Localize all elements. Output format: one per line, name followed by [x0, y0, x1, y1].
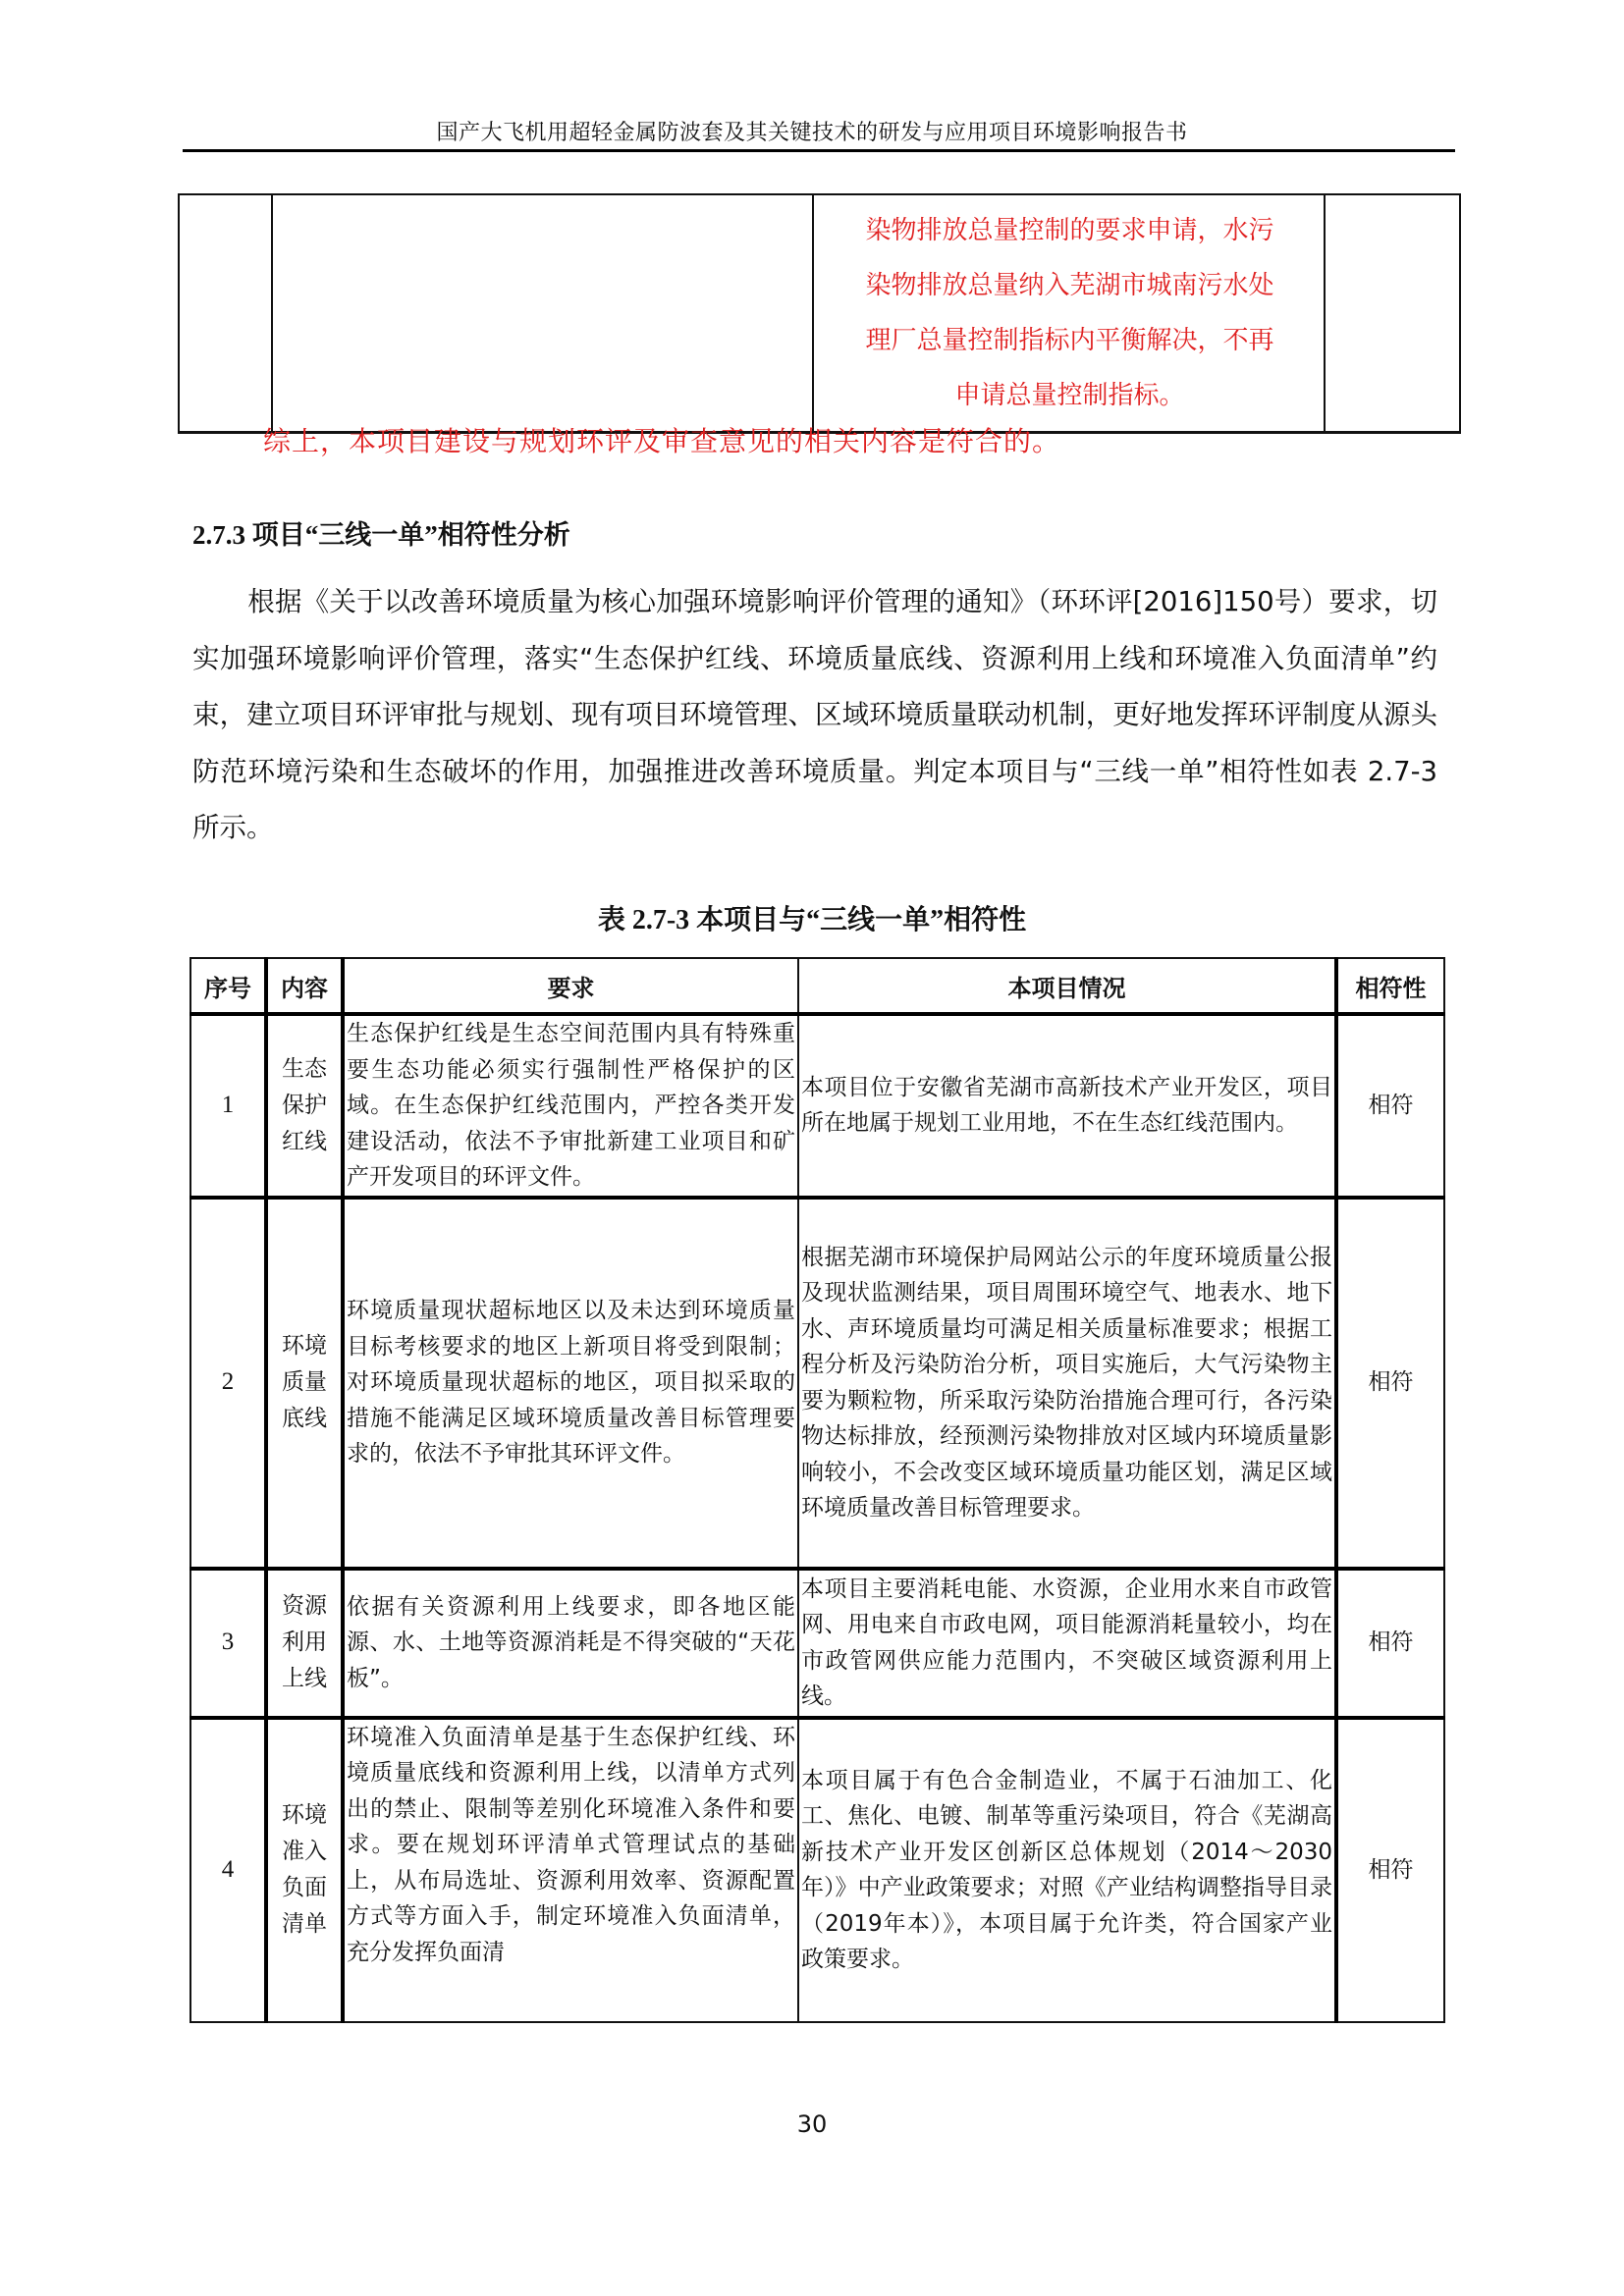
row-index: 1 [190, 1014, 266, 1198]
content-line: 环境 [270, 1797, 339, 1834]
table-caption: 表 2.7-3 本项目与“三线一单”相符性 [0, 898, 1624, 937]
row-index: 2 [190, 1198, 266, 1569]
row-requirement: 环境准入负面清单是基于生态保护红线、环境质量底线和资源利用上线，以清单方式列出的… [343, 1718, 798, 2022]
continuation-line: 染物排放总量纳入芜湖市城南污水处 [830, 258, 1310, 313]
content-line: 保护 [270, 1088, 339, 1124]
header-content: 内容 [266, 958, 343, 1014]
row-situation: 根据芜湖市环境保护局网站公示的年度环境质量公报及现状监测结果，项目周围环境空气、… [798, 1198, 1336, 1569]
header-rule [183, 149, 1455, 152]
content-line: 清单 [270, 1906, 339, 1943]
continuation-cell-conformity [1325, 194, 1460, 433]
header-situation: 本项目情况 [798, 958, 1336, 1014]
row-content: 环境 质量 底线 [266, 1198, 343, 1569]
continuation-line: 染物排放总量控制的要求申请，水污 [830, 203, 1310, 258]
row-situation: 本项目属于有色合金制造业，不属于石油加工、化工、焦化、电镀、制革等重污染项目，符… [798, 1718, 1336, 2022]
content-line: 底线 [270, 1401, 339, 1437]
row-index: 4 [190, 1718, 266, 2022]
row-conformity: 相符 [1336, 1718, 1444, 2022]
row-conformity: 相符 [1336, 1198, 1444, 1569]
table-row: 2 环境 质量 底线 环境质量现状超标地区以及未达到环境质量目标考核要求的地区上… [190, 1198, 1444, 1569]
content-line: 准入 [270, 1834, 339, 1870]
row-content: 生态 保护 红线 [266, 1014, 343, 1198]
section-heading: 2.7.3 项目“三线一单”相符性分析 [192, 513, 570, 552]
header-conformity: 相符性 [1336, 958, 1444, 1014]
row-requirement: 生态保护红线是生态空间范围内具有特殊重要生态功能必须实行强制性严格保护的区域。在… [343, 1014, 798, 1198]
row-conformity: 相符 [1336, 1014, 1444, 1198]
content-line: 上线 [270, 1661, 339, 1697]
three-lines-one-list-table: 序号 内容 要求 本项目情况 相符性 1 生态 保护 红线 生态保护红线是生态空… [189, 957, 1445, 2023]
table-row: 4 环境 准入 负面 清单 环境准入负面清单是基于生态保护红线、环境质量底线和资… [190, 1718, 1444, 2022]
table-row: 1 生态 保护 红线 生态保护红线是生态空间范围内具有特殊重要生态功能必须实行强… [190, 1014, 1444, 1198]
continuation-line: 理厂总量控制指标内平衡解决，不再 [830, 313, 1310, 368]
continuation-cell-situation: 染物排放总量控制的要求申请，水污 染物排放总量纳入芜湖市城南污水处 理厂总量控制… [813, 194, 1325, 433]
content-line: 质量 [270, 1364, 339, 1401]
continuation-cell-index [179, 194, 272, 433]
content-line: 环境 [270, 1328, 339, 1364]
row-content: 资源 利用 上线 [266, 1569, 343, 1718]
row-situation: 本项目位于安徽省芜湖市高新技术产业开发区，项目所在地属于规划工业用地，不在生态红… [798, 1014, 1336, 1198]
running-header-title: 国产大飞机用超轻金属防波套及其关键技术的研发与应用项目环境影响报告书 [0, 116, 1624, 146]
page-number: 30 [0, 2110, 1624, 2138]
table-header-row: 序号 内容 要求 本项目情况 相符性 [190, 958, 1444, 1014]
header-requirement: 要求 [343, 958, 798, 1014]
continuation-row: 染物排放总量控制的要求申请，水污 染物排放总量纳入芜湖市城南污水处 理厂总量控制… [179, 194, 1460, 433]
row-index: 3 [190, 1569, 266, 1718]
row-situation: 本项目主要消耗电能、水资源，企业用水来自市政管网、用电来自市政电网，项目能源消耗… [798, 1569, 1336, 1718]
content-line: 负面 [270, 1870, 339, 1906]
content-line: 利用 [270, 1625, 339, 1661]
row-requirement: 环境质量现状超标地区以及未达到环境质量目标考核要求的地区上新项目将受到限制；对环… [343, 1198, 798, 1569]
row-content: 环境 准入 负面 清单 [266, 1718, 343, 2022]
continuation-line: 申请总量控制指标。 [830, 368, 1310, 423]
content-line: 资源 [270, 1588, 339, 1625]
table-row: 3 资源 利用 上线 依据有关资源利用上线要求，即各地区能源、水、土地等资源消耗… [190, 1569, 1444, 1718]
summary-conclusion: 综上，本项目建设与规划环评及审查意见的相关内容是符合的。 [263, 420, 1060, 459]
row-conformity: 相符 [1336, 1569, 1444, 1718]
section-paragraph: 根据《关于以改善环境质量为核心加强环境影响评价管理的通知》（环环评[2016]1… [192, 574, 1437, 857]
header-index: 序号 [190, 958, 266, 1014]
content-line: 生态 [270, 1051, 339, 1088]
row-requirement: 依据有关资源利用上线要求，即各地区能源、水、土地等资源消耗是不得突破的“天花板”… [343, 1569, 798, 1718]
continuation-cell-requirement [272, 194, 813, 433]
content-line: 红线 [270, 1124, 339, 1160]
section-paragraph-text: 根据《关于以改善环境质量为核心加强环境影响评价管理的通知》（环环评[2016]1… [192, 586, 1437, 843]
continuation-table: 染物排放总量控制的要求申请，水污 染物排放总量纳入芜湖市城南污水处 理厂总量控制… [178, 193, 1461, 434]
